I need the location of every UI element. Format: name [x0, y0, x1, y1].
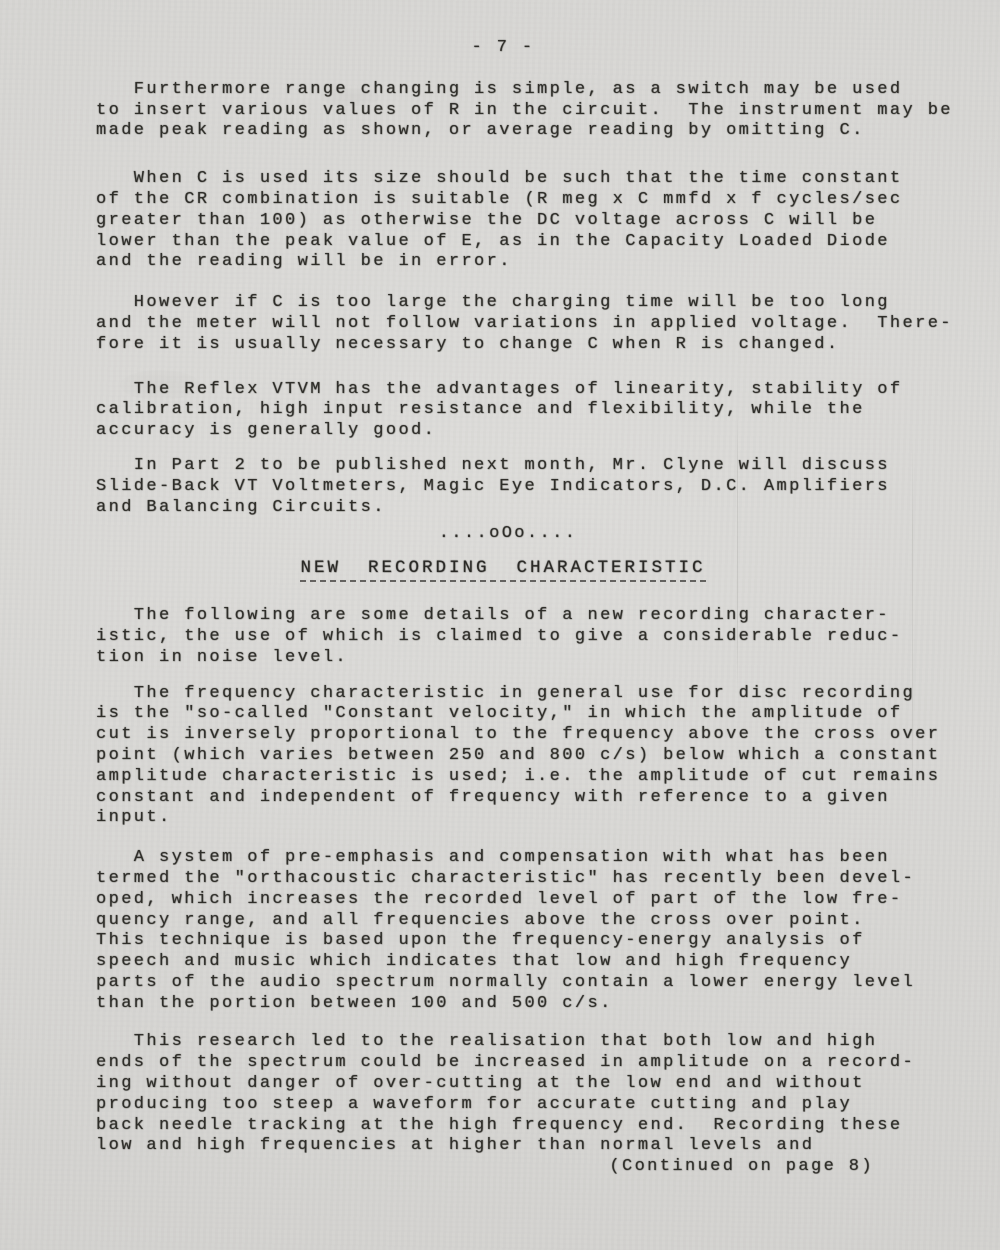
paragraph-when-c-used: When C is used its size should be such t…: [96, 169, 950, 273]
paragraph-furthermore-range: Furthermore range changing is simple, as…: [96, 80, 950, 142]
paragraph-research-realisation: This research led to the realisation tha…: [96, 1032, 950, 1157]
text-line: and the meter will not follow variations…: [96, 314, 950, 335]
text-line: than the portion between 100 and 500 c/s…: [96, 994, 950, 1015]
text-line: When C is used its size should be such t…: [96, 169, 950, 190]
text-line: istic, the use of which is claimed to gi…: [96, 627, 950, 648]
text-line: This technique is based upon the frequen…: [96, 931, 950, 952]
text-line: greater than 100) as otherwise the DC vo…: [96, 211, 950, 232]
text-line: back needle tracking at the high frequen…: [96, 1116, 950, 1137]
paragraph-constant-velocity: The frequency characteristic in general …: [96, 684, 950, 830]
text-line: input.: [96, 808, 950, 829]
text-line: Slide-Back VT Voltmeters, Magic Eye Indi…: [96, 477, 950, 498]
text-line: to insert various values of R in the cir…: [96, 101, 950, 122]
text-line: The frequency characteristic in general …: [96, 684, 950, 705]
paragraph-orthacoustic: A system of pre-emphasis and compensatio…: [96, 848, 950, 1014]
text-line: cut is inversely proportional to the fre…: [96, 725, 950, 746]
text-line: calibration, high input resistance and f…: [96, 400, 950, 421]
paragraph-new-characteristic-intro: The following are some details of a new …: [96, 606, 950, 668]
text-line: ing without danger of over-cutting at th…: [96, 1074, 950, 1095]
text-line: constant and independent of frequency wi…: [96, 788, 950, 809]
scanned-document-page: - 7 - Furthermore range changing is simp…: [0, 0, 1000, 1250]
page-content: - 7 - Furthermore range changing is simp…: [0, 0, 1000, 1178]
paragraph-however-if-c: However if C is too large the charging t…: [96, 293, 950, 355]
text-line: low and high frequencies at higher than …: [96, 1136, 950, 1157]
text-line: producing too steep a waveform for accur…: [96, 1095, 950, 1116]
ooo-separator: ....oOo....: [96, 524, 950, 545]
text-line: In Part 2 to be published next month, Mr…: [96, 456, 950, 477]
text-line: oped, which increases the recorded level…: [96, 890, 950, 911]
text-line: made peak reading as shown, or average r…: [96, 121, 950, 142]
section-heading-row: NEW RECORDING CHARACTERISTIC: [96, 558, 950, 582]
text-line: The following are some details of a new …: [96, 606, 950, 627]
text-line: accuracy is generally good.: [96, 421, 950, 442]
text-line: This research led to the realisation tha…: [96, 1032, 950, 1053]
text-line: point (which varies between 250 and 800 …: [96, 746, 950, 767]
text-line: fore it is usually necessary to change C…: [96, 335, 950, 356]
text-line: lower than the peak value of E, as in th…: [96, 232, 950, 253]
text-line: speech and music which indicates that lo…: [96, 952, 950, 973]
text-line: The Reflex VTVM has the advantages of li…: [96, 380, 950, 401]
paragraph-reflex-vtvm: The Reflex VTVM has the advantages of li…: [96, 380, 950, 442]
text-line: amplitude characteristic is used; i.e. t…: [96, 767, 950, 788]
text-line: Furthermore range changing is simple, as…: [96, 80, 950, 101]
text-line: However if C is too large the charging t…: [96, 293, 950, 314]
text-line: tion in noise level.: [96, 648, 950, 669]
text-line: and Balancing Circuits.: [96, 498, 950, 519]
text-line: is the "so-called "Constant velocity," i…: [96, 704, 950, 725]
continued-note: (Continued on page 8): [96, 1157, 950, 1178]
section-heading: NEW RECORDING CHARACTERISTIC: [300, 558, 705, 582]
text-line: A system of pre-emphasis and compensatio…: [96, 848, 950, 869]
text-line: parts of the audio spectrum normally con…: [96, 973, 950, 994]
paragraph-part-2-preview: In Part 2 to be published next month, Mr…: [96, 456, 950, 518]
text-line: of the CR combination is suitable (R meg…: [96, 190, 950, 211]
text-line: and the reading will be in error.: [96, 252, 950, 273]
text-line: ends of the spectrum could be increased …: [96, 1053, 950, 1074]
text-line: termed the "orthacoustic characteristic"…: [96, 869, 950, 890]
text-line: quency range, and all frequencies above …: [96, 911, 950, 932]
page-number: - 7 -: [96, 38, 950, 59]
